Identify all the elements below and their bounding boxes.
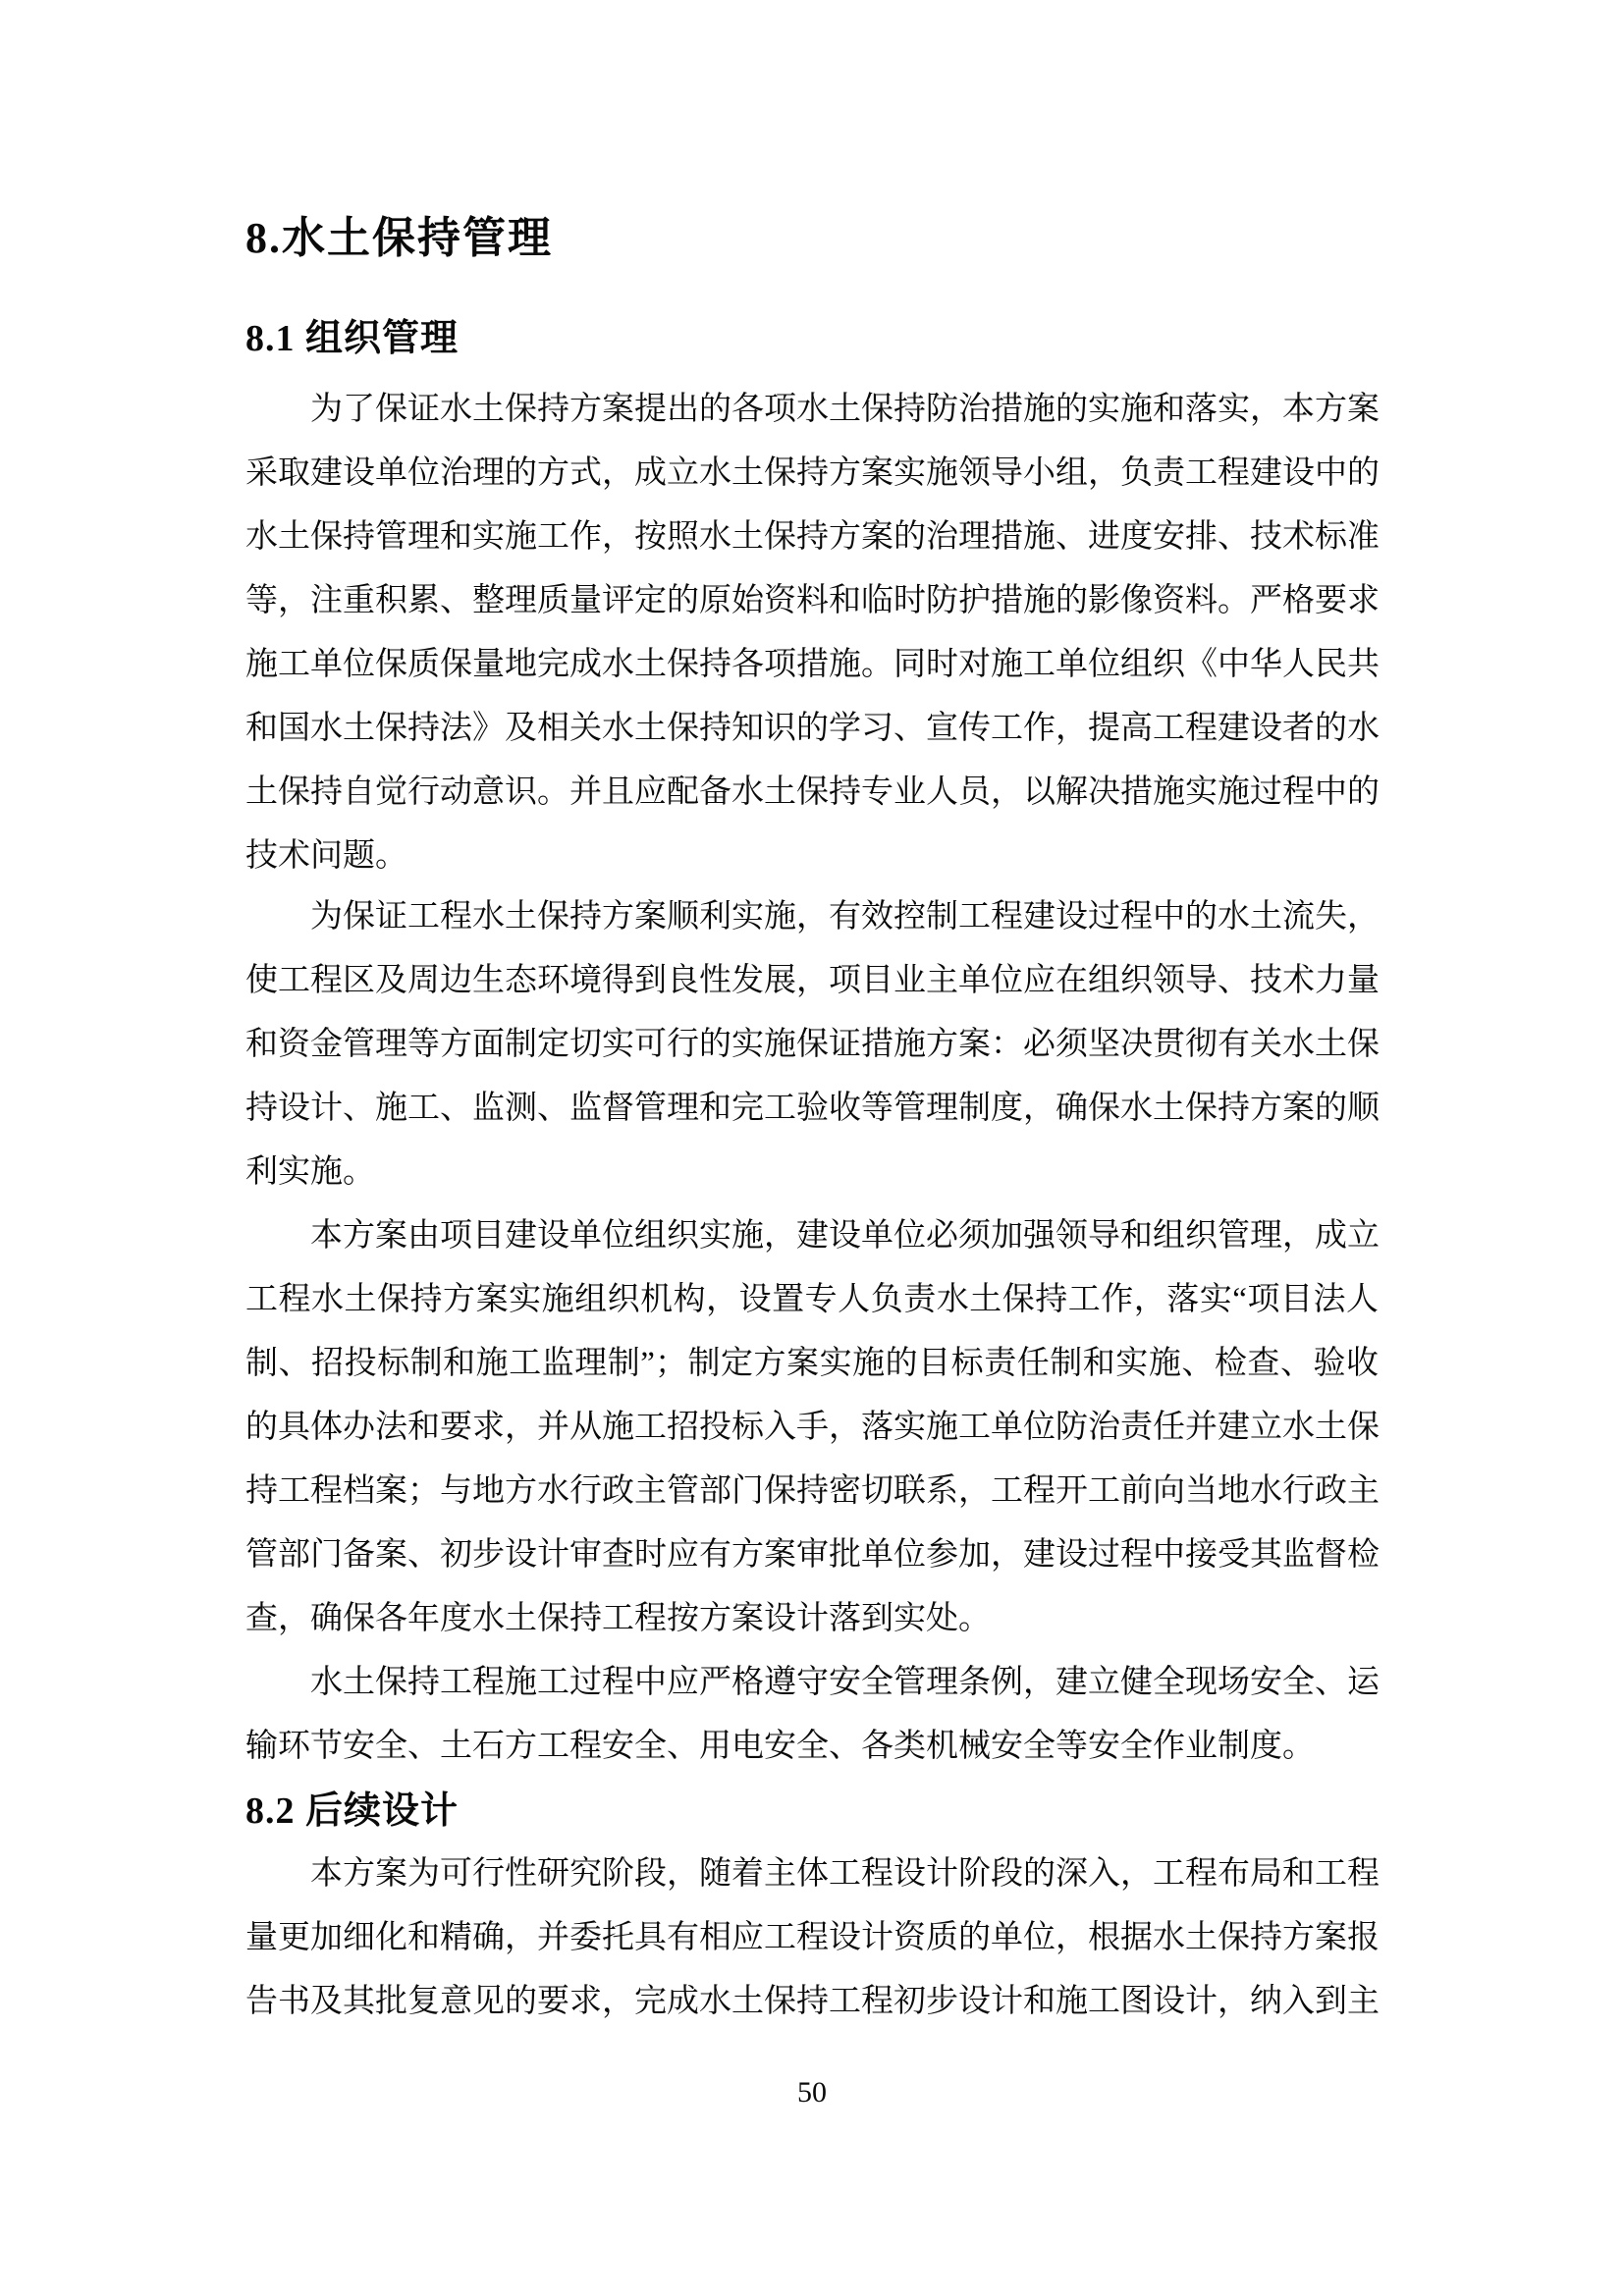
text-line: 施工单位保质保量地完成水土保持各项措施。同时对施工单位组织《中华人民共 [245, 633, 1379, 697]
text-line: 的具体办法和要求，并从施工招投标入手，落实施工单位防治责任并建立水土保 [245, 1396, 1379, 1460]
text-line: 量更加细化和精确，并委托具有相应工程设计资质的单位，根据水土保持方案报 [245, 1906, 1379, 1970]
text-line: 持工程档案；与地方水行政主管部门保持密切联系，工程开工前向当地水行政主 [245, 1460, 1379, 1523]
document-page: 8.水土保持管理 8.1 组织管理 为了保证水土保持方案提出的各项水土保持防治措… [0, 0, 1624, 2296]
text-line: 和国水土保持法》及相关水土保持知识的学习、宣传工作，提高工程建设者的水 [245, 697, 1379, 761]
text-line: 管部门备案、初步设计审查时应有方案审批单位参加，建设过程中接受其监督检 [245, 1523, 1379, 1587]
paragraph: 水土保持工程施工过程中应严格遵守安全管理条例，建立健全现场安全、运 输环节安全、… [245, 1651, 1379, 1779]
section-heading-8-2: 8.2 后续设计 [245, 1782, 1379, 1841]
text-line: 持设计、施工、监测、监督管理和完工验收等管理制度，确保水土保持方案的顺 [245, 1077, 1379, 1141]
paragraph: 本方案由项目建设单位组织实施，建设单位必须加强领导和组织管理，成立 工程水土保持… [245, 1204, 1379, 1651]
text-line: 输环节安全、土石方工程安全、用电安全、各类机械安全等安全作业制度。 [245, 1715, 1379, 1779]
text-line: 为保证工程水土保持方案顺利实施，有效控制工程建设过程中的水土流失， [245, 885, 1379, 949]
text-line: 本方案为可行性研究阶段，随着主体工程设计阶段的深入，工程布局和工程 [245, 1842, 1379, 1906]
text-line: 水土保持管理和实施工作，按照水土保持方案的治理措施、进度安排、技术标准 [245, 506, 1379, 569]
text-line: 采取建设单位治理的方式，成立水土保持方案实施领导小组，负责工程建设中的 [245, 442, 1379, 506]
text-line: 本方案由项目建设单位组织实施，建设单位必须加强领导和组织管理，成立 [245, 1204, 1379, 1268]
page-number: 50 [0, 2073, 1624, 2112]
text-line: 技术问题。 [245, 825, 1379, 888]
text-line: 查，确保各年度水土保持工程按方案设计落到实处。 [245, 1587, 1379, 1651]
text-line: 利实施。 [245, 1141, 1379, 1204]
paragraph: 本方案为可行性研究阶段，随着主体工程设计阶段的深入，工程布局和工程 量更加细化和… [245, 1842, 1379, 2034]
text-line: 使工程区及周边生态环境得到良性发展，项目业主单位应在组织领导、技术力量 [245, 949, 1379, 1013]
paragraph: 为了保证水土保持方案提出的各项水土保持防治措施的实施和落实，本方案 采取建设单位… [245, 378, 1379, 888]
text-line: 和资金管理等方面制定切实可行的实施保证措施方案：必须坚决贯彻有关水土保 [245, 1013, 1379, 1077]
section-heading-8-1: 8.1 组织管理 [245, 309, 1379, 368]
text-line: 工程水土保持方案实施组织机构，设置专人负责水土保持工作，落实“项目法人 [245, 1268, 1379, 1332]
chapter-title: 8.水土保持管理 [245, 209, 1379, 268]
text-line: 土保持自觉行动意识。并且应配备水土保持专业人员，以解决措施实施过程中的 [245, 761, 1379, 825]
text-line: 水土保持工程施工过程中应严格遵守安全管理条例，建立健全现场安全、运 [245, 1651, 1379, 1715]
paragraph: 为保证工程水土保持方案顺利实施，有效控制工程建设过程中的水土流失， 使工程区及周… [245, 885, 1379, 1204]
text-line: 等，注重积累、整理质量评定的原始资料和临时防护措施的影像资料。严格要求 [245, 569, 1379, 633]
text-line: 制、招投标制和施工监理制”；制定方案实施的目标责任制和实施、检查、验收 [245, 1332, 1379, 1396]
text-line: 告书及其批复意见的要求，完成水土保持工程初步设计和施工图设计，纳入到主 [245, 1970, 1379, 2034]
text-line: 为了保证水土保持方案提出的各项水土保持防治措施的实施和落实，本方案 [245, 378, 1379, 442]
